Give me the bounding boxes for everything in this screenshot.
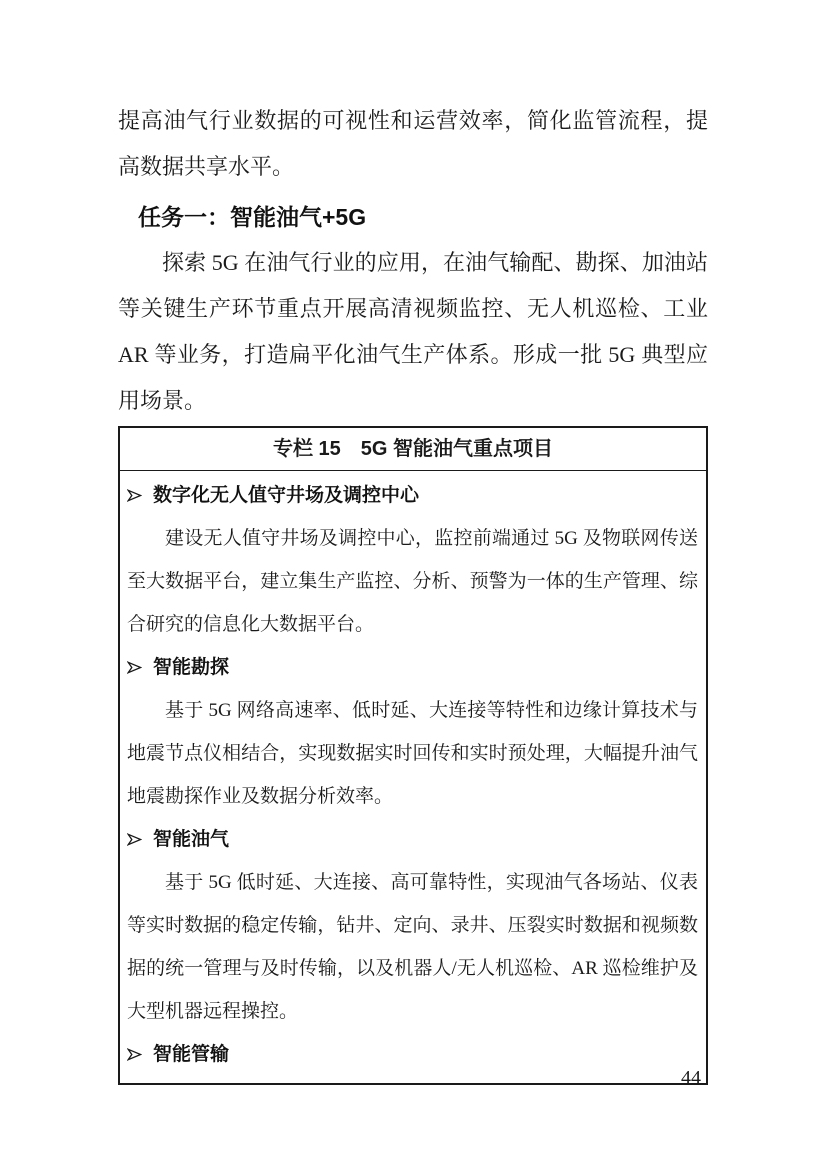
page-number: 44 [681,1066,701,1090]
arrowhead-right-icon [127,833,142,846]
panel-item-heading-text: 智能管输 [153,1033,229,1076]
arrowhead-right-icon [127,661,142,674]
panel-item-heading-text: 智能油气 [153,818,229,861]
highlight-box: 专栏 15 5G 智能油气重点项目 数字化无人值守井场及调控中心 建设无人值守井… [118,426,708,1085]
task-heading: 任务一：智能油气+5G [138,202,708,232]
panel-item-heading: 智能勘探 [127,646,698,689]
panel-item-heading-text: 智能勘探 [153,646,229,689]
document-page: 提高油气行业数据的可视性和运营效率，简化监管流程，提高数据共享水平。 任务一：智… [0,0,826,1169]
panel-item-heading-text: 数字化无人值守井场及调控中心 [153,474,419,517]
panel-item-body: 基于 5G 网络高速率、低时延、大连接等特性和边缘计算技术与地震节点仪相结合，实… [127,689,698,818]
page-content: 提高油气行业数据的可视性和运营效率，简化监管流程，提高数据共享水平。 任务一：智… [118,98,708,1085]
intro-paragraph: 提高油气行业数据的可视性和运营效率，简化监管流程，提高数据共享水平。 [118,98,708,190]
panel-item: 智能勘探 基于 5G 网络高速率、低时延、大连接等特性和边缘计算技术与地震节点仪… [127,646,698,818]
panel-item-heading: 数字化无人值守井场及调控中心 [127,474,698,517]
panel-item: 智能油气 基于 5G 低时延、大连接、高可靠特性，实现油气各场站、仪表等实时数据… [127,818,698,1033]
highlight-box-body: 数字化无人值守井场及调控中心 建设无人值守井场及调控中心，监控前端通过 5G 及… [120,471,706,1083]
arrowhead-right-icon [127,1048,142,1061]
panel-item: 智能管输 [127,1033,698,1076]
highlight-box-title: 专栏 15 5G 智能油气重点项目 [120,428,706,471]
panel-item: 数字化无人值守井场及调控中心 建设无人值守井场及调控中心，监控前端通过 5G 及… [127,474,698,646]
task-paragraph: 探索 5G 在油气行业的应用，在油气输配、勘探、加油站等关键生产环节重点开展高清… [118,240,708,424]
panel-item-heading: 智能油气 [127,818,698,861]
panel-item-body: 建设无人值守井场及调控中心，监控前端通过 5G 及物联网传送至大数据平台，建立集… [127,517,698,646]
panel-item-heading: 智能管输 [127,1033,698,1076]
panel-item-body: 基于 5G 低时延、大连接、高可靠特性，实现油气各场站、仪表等实时数据的稳定传输… [127,861,698,1033]
arrowhead-right-icon [127,489,142,502]
